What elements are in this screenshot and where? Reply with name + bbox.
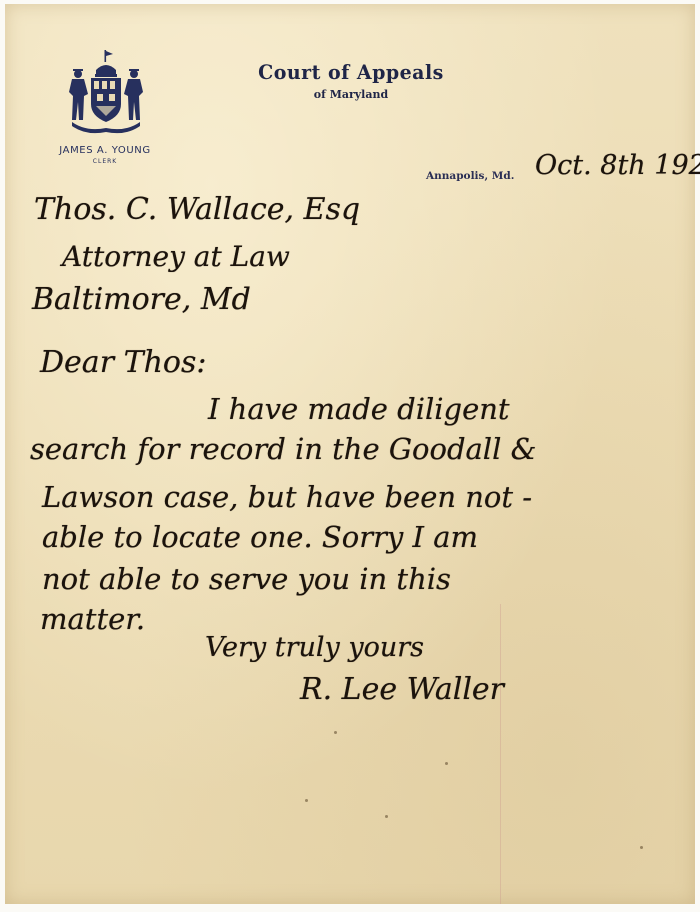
dateline-date: Oct. 8th 1927 [535, 150, 700, 181]
body-line: search for record in the Goodall & [30, 432, 536, 466]
body-line: able to locate one. Sorry I am [42, 520, 478, 554]
body-line: I have made diligent [208, 392, 510, 426]
foxing-speck [445, 762, 448, 765]
clerk-name: JAMES A. YOUNG [50, 145, 160, 156]
court-title: Court of Appeals [242, 60, 461, 84]
court-subtitle: of Maryland [236, 88, 466, 101]
clerk-title: CLERK [50, 158, 160, 165]
paper-fold-line [500, 604, 501, 904]
foxing-speck [334, 731, 337, 734]
foxing-speck [305, 799, 308, 802]
signature: R. Lee Waller [300, 672, 504, 707]
recipient-city: Baltimore, Md [32, 282, 251, 317]
dateline-place: Annapolis, Md. [426, 170, 514, 182]
recipient-title: Attorney at Law [62, 240, 290, 273]
recipient-name: Thos. C. Wallace, Esq [34, 192, 360, 227]
body-line: matter. [40, 602, 145, 636]
salutation: Dear Thos: [40, 345, 206, 380]
foxing-speck [385, 815, 388, 818]
maryland-coat-of-arms-icon [66, 50, 146, 136]
body-line: not able to serve you in this [42, 562, 451, 596]
body-line: Lawson case, but have been not - [42, 480, 532, 514]
foxing-speck [640, 846, 643, 849]
closing: Very truly yours [205, 632, 424, 663]
